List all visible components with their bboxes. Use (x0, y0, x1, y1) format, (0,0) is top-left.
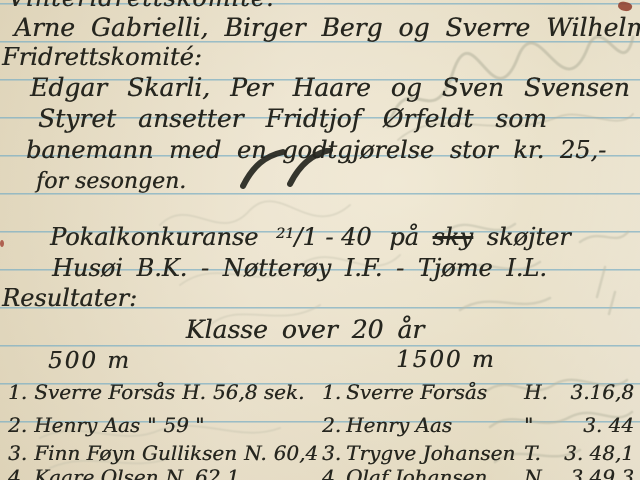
competition-clubs-line: Husøi B.K. - Nøtterøy I.F. - Tjøme I.L. (52, 255, 547, 281)
rank: 1. (8, 381, 27, 403)
skater-name: Olaf Johansen (346, 466, 524, 480)
result-row-500m-4-clipped: 4. Kaare Olsen N. 62,1 (8, 466, 314, 480)
skater-name: Henry Aas (34, 414, 140, 436)
board-decision-line-2: banemann med en godtgjørelse stor kr. 25… (26, 137, 606, 163)
time-value: 56,8 sek. (213, 381, 304, 403)
rank: 4. (322, 466, 346, 480)
winter-committee-members-line: Arne Gabrielli, Birger Berg og Sverre Wi… (14, 14, 640, 42)
class-heading: Klasse over 20 år (0, 316, 610, 344)
scanned-notebook-page: { "palette": { "paper": "#ece3cb", "rule… (0, 0, 640, 480)
distance-500m-label: 500 m (48, 349, 131, 374)
time-value: 3. 44 (562, 414, 634, 436)
time-value: 3.16,8 (562, 381, 634, 403)
competition-date-rest: /1 - 40 (294, 223, 371, 251)
skater-name: Sverre Forsås (346, 381, 524, 403)
club-abbrev: T. (524, 442, 562, 464)
competition-event-word: skøjter (487, 223, 571, 251)
skater-name: Finn Føyn Gulliksen (34, 442, 237, 464)
club-abbrev: H. (182, 381, 206, 403)
club-abbrev: " (524, 414, 562, 436)
rank: 2. (8, 414, 27, 436)
clipped-title-line: Vinteridrettskomité. (8, 0, 275, 11)
time-value: 3.49,3 (562, 466, 634, 480)
club-abbrev: H. (524, 381, 562, 403)
result-row-1500m-2: 2. Henry Aas " 3. 44 (322, 414, 634, 436)
rank: 3. (8, 442, 27, 464)
result-row-1500m-1: 1. Sverre Forsås H. 3.16,8 (322, 381, 634, 403)
time-value: 60,4 (274, 442, 319, 464)
time-value: 3. 48,1 (562, 442, 634, 464)
club-abbrev: N. (244, 442, 267, 464)
athletics-committee-members-line: Edgar Skarli, Per Haare og Sven Svensen (30, 74, 630, 102)
results-heading: Resultater: (2, 285, 137, 311)
red-ink-speck (0, 240, 4, 247)
result-row-500m-2: 2. Henry Aas " 59 " (8, 414, 314, 436)
club-abbrev: " (147, 414, 156, 436)
result-row-500m-1: 1. Sverre Forsås H. 56,8 sek. (8, 381, 314, 403)
club-abbrev: N. (165, 466, 188, 480)
skater-name: Kaare Olsen (34, 466, 158, 480)
skater-name: Sverre Forsås (34, 381, 175, 403)
time-value: 62,1 (195, 466, 240, 480)
rank: 4. (8, 466, 27, 480)
board-decision-line-3: for sesongen. (36, 170, 186, 194)
rank: 1. (322, 381, 346, 403)
result-row-1500m-4-clipped: 4. Olaf Johansen N. 3.49,3 (322, 466, 634, 480)
time-value: 59 " (163, 414, 204, 436)
struck-out-word: sky (433, 223, 473, 251)
skater-name: Henry Aas (346, 414, 524, 436)
athletics-committee-title-line: Fridrettskomité: (2, 44, 202, 70)
result-row-500m-3: 3. Finn Føyn Gulliksen N. 60,4 (8, 442, 314, 464)
result-row-1500m-3: 3. Trygve Johansen T. 3. 48,1 (322, 442, 634, 464)
rank: 3. (322, 442, 346, 464)
club-abbrev: N. (524, 466, 562, 480)
board-decision-line-1: Styret ansetter Fridtjof Ørfeldt som (38, 105, 547, 133)
skater-name: Trygve Johansen (346, 442, 524, 464)
competition-title-word: Pokalkonkuranse (50, 223, 258, 251)
distance-1500m-label: 1500 m (396, 348, 496, 373)
competition-preposition: på (389, 223, 419, 251)
rank: 2. (322, 414, 346, 436)
competition-title-line: Pokalkonkuranse 21/1 - 40 på sky skøjter (50, 224, 571, 250)
competition-date-numerator: 21 (276, 226, 294, 242)
